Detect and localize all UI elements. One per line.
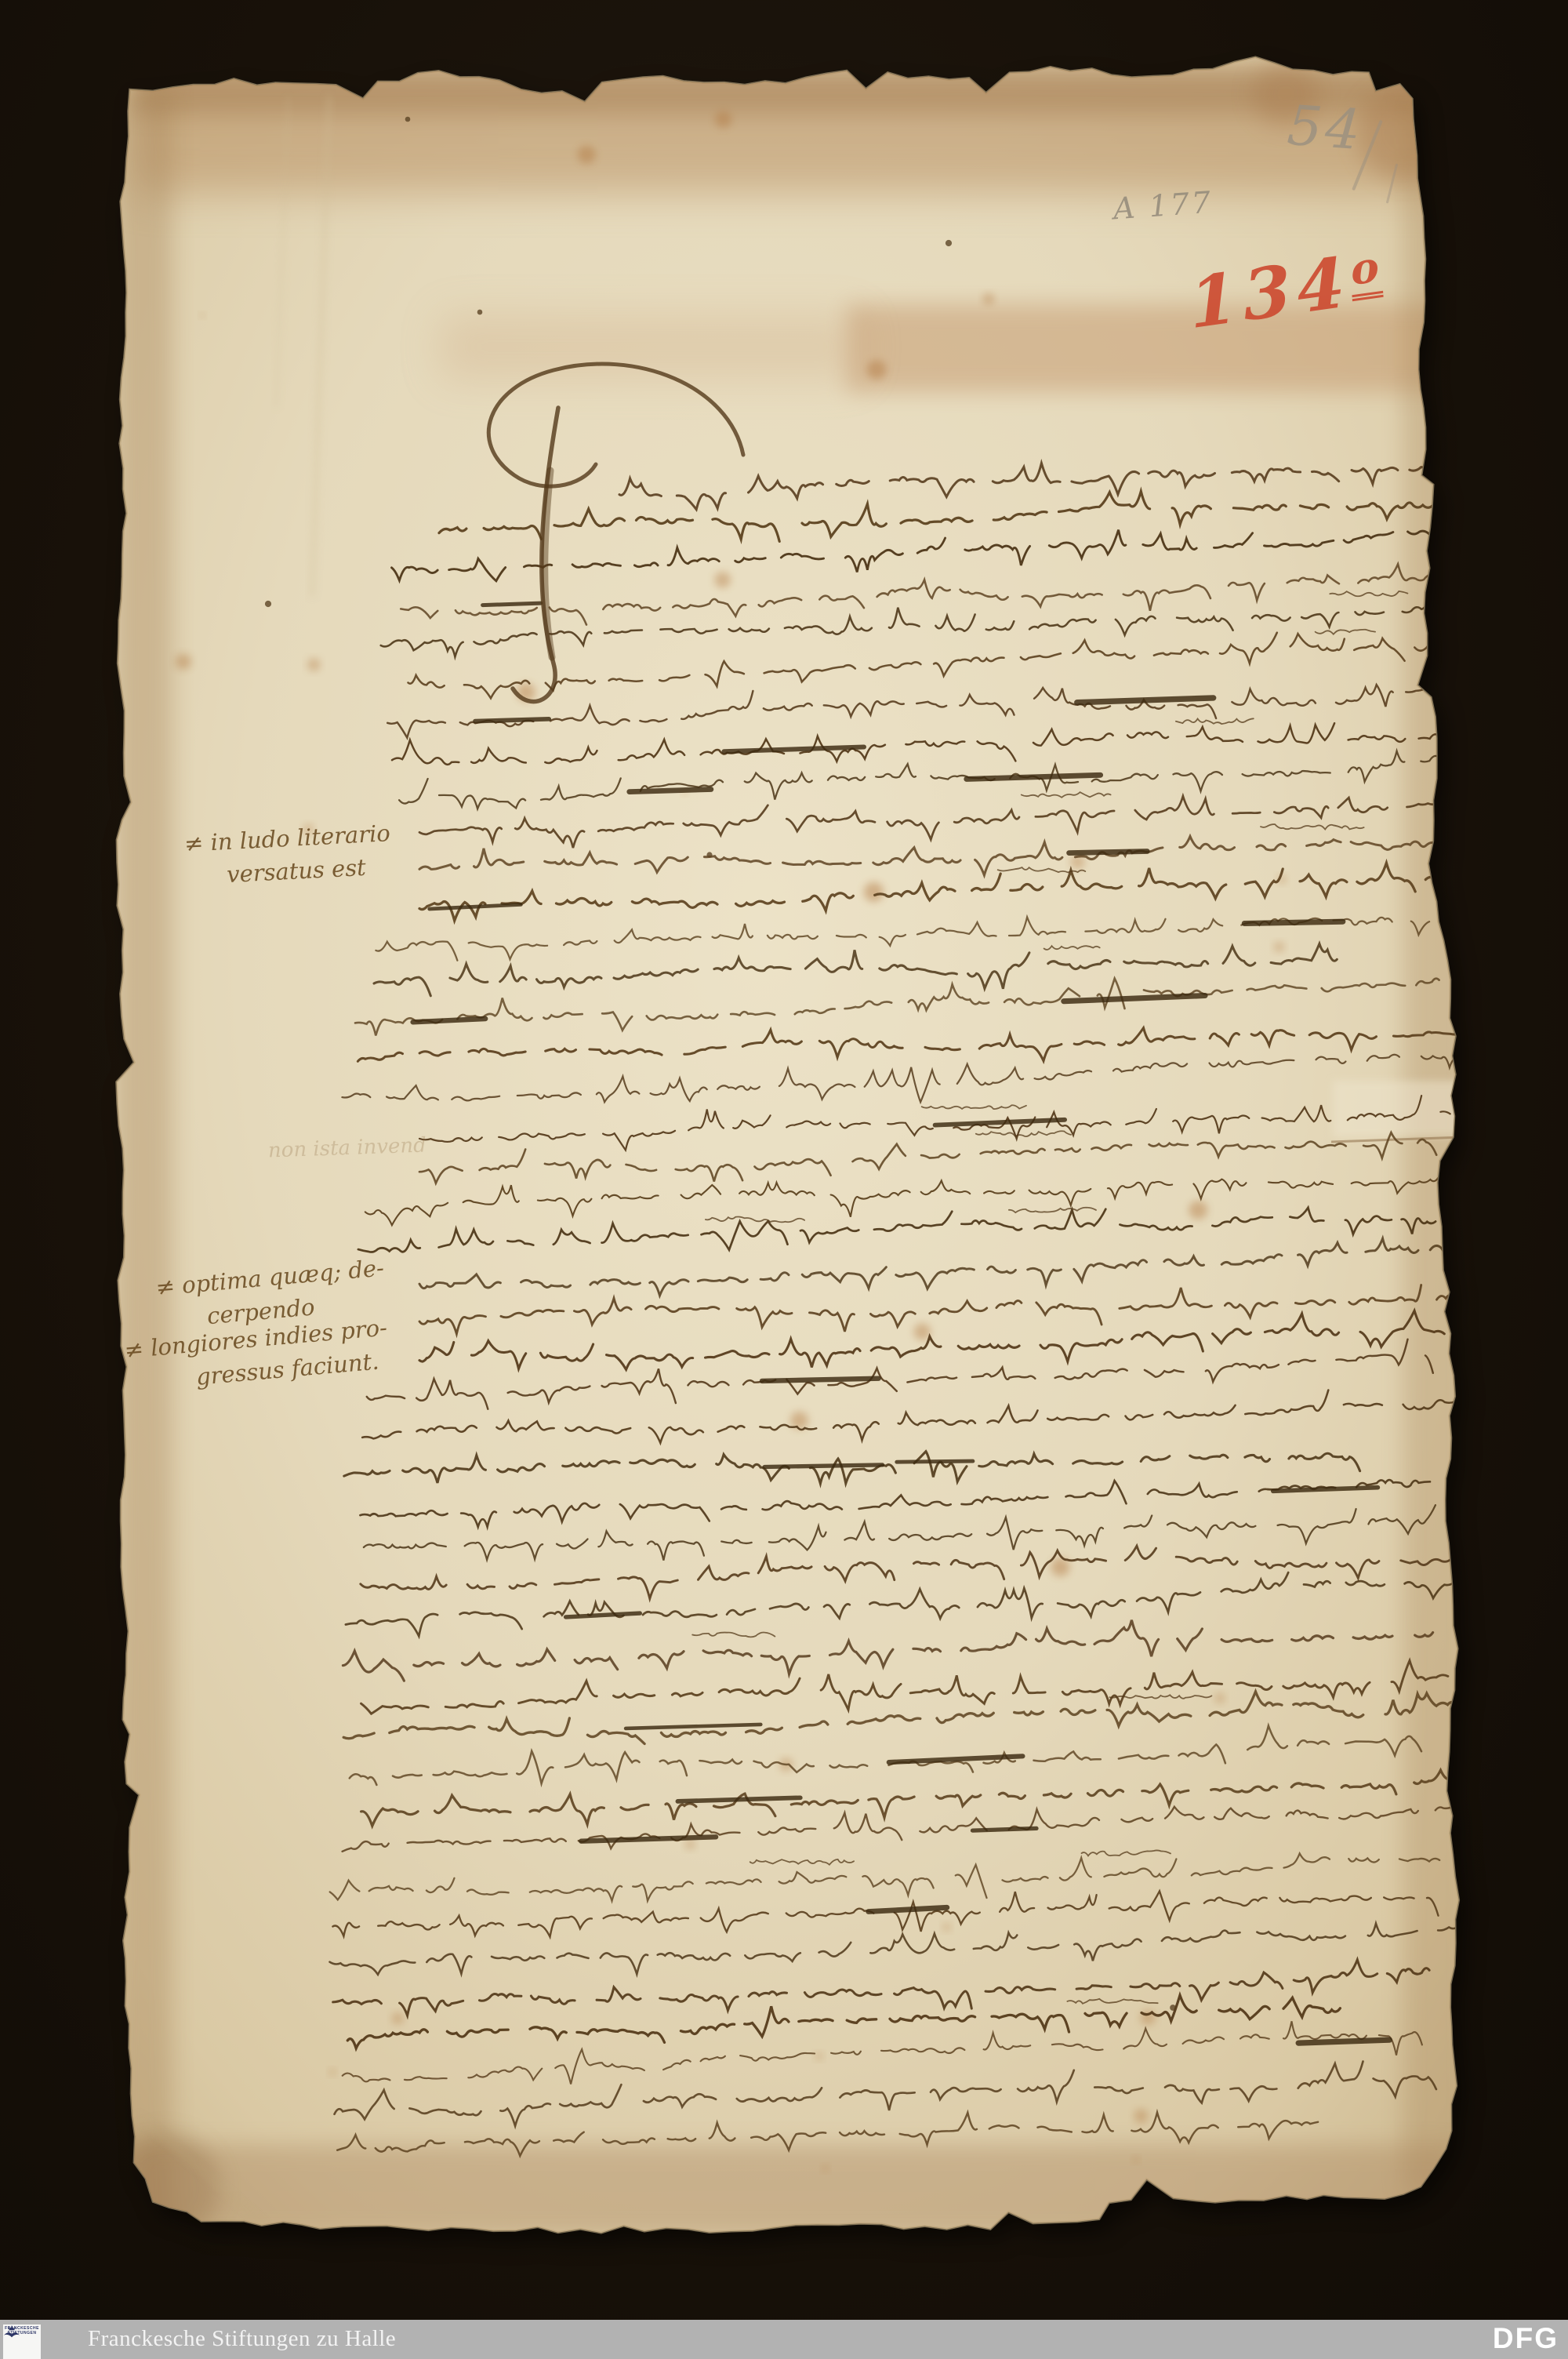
foliation-superscript: o [1348, 241, 1384, 302]
manuscript-page-image [0, 0, 1568, 2359]
digitized-manuscript-photo: 54 A 177 134o ≠ in ludo literario versat… [0, 0, 1568, 2359]
footer-bar: FRANCKESCHE STIFTUNGEN Franckesche Stift… [0, 2320, 1568, 2359]
margin-note-faint-offset: non ista invend [267, 1131, 426, 1166]
eagle-sun-emblem-icon [3, 2324, 20, 2340]
dfg-logo: DFG [1493, 2322, 1559, 2355]
pencil-corner-number: 54 [1285, 93, 1366, 163]
margin-note-line: non ista invend [268, 1133, 427, 1162]
pencil-shelfmark: A 177 [1112, 185, 1214, 227]
institution-label: Franckesche Stiftungen zu Halle [88, 2326, 396, 2352]
margin-note-ludo-literario: ≠ in ludo literario versatus est [183, 816, 393, 893]
franckesche-stiftungen-logo: FRANCKESCHE STIFTUNGEN [3, 2324, 41, 2359]
